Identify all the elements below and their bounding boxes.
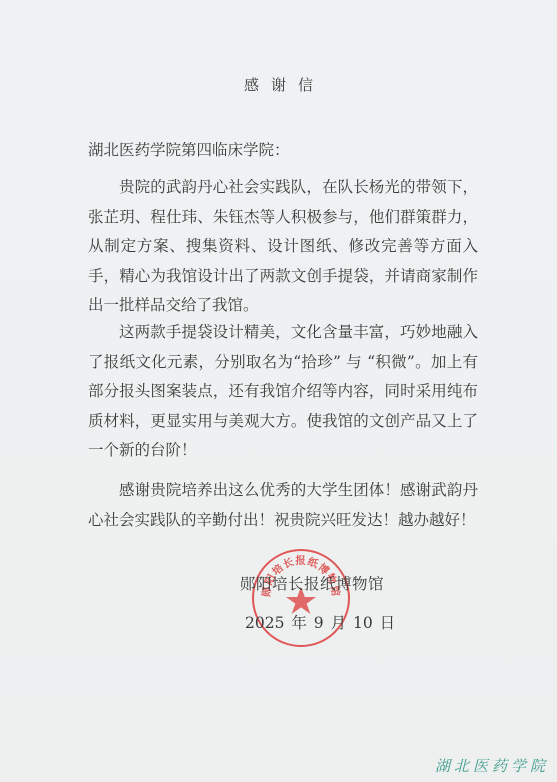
letter-paragraph-3: 感谢贵院培养出这么优秀的大学生团体！感谢武韵丹心社会实践队的辛勤付出！祝贵院兴旺… (88, 476, 478, 535)
signature-date: 2025 年 9 月 10 日 (245, 611, 395, 633)
signature-organization: 郧阳培长报纸博物馆 (240, 572, 384, 594)
letter-paragraph-1: 贵院的武韵丹心社会实践队，在队长杨光的带领下，张芷玥、程仕玮、朱钰杰等人积极参与… (88, 173, 478, 321)
letter-paragraph-2: 这两款手提袋设计精美，文化含量丰富，巧妙地融入了报纸文化元素，分别取名为“拾珍”… (88, 318, 478, 466)
watermark-logo: 湖北医药学院 (435, 755, 549, 776)
letter-salutation: 湖北医药学院第四临床学院： (88, 138, 290, 160)
letter-title: 感谢信 (0, 74, 557, 95)
letter-page: 感谢信 湖北医药学院第四临床学院： 贵院的武韵丹心社会实践队，在队长杨光的带领下… (0, 0, 557, 782)
